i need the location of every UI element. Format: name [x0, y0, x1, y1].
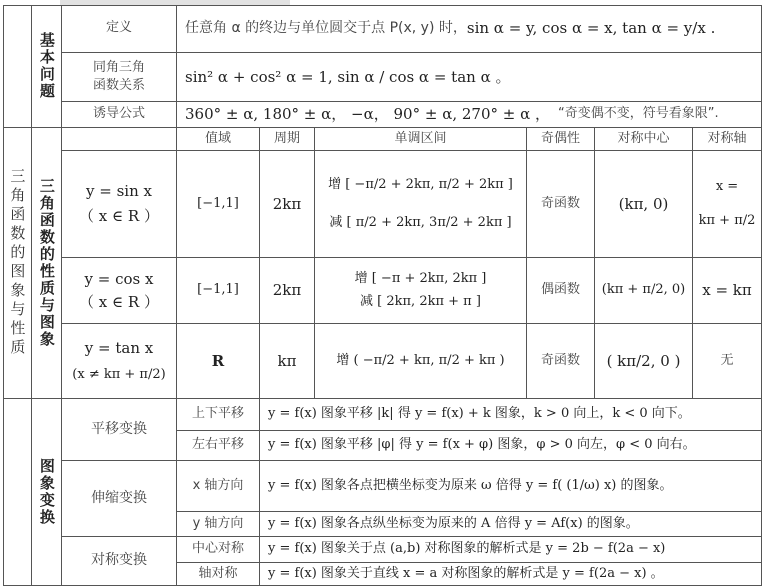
cos-parity: 偶函数: [541, 282, 580, 298]
sin-center: (kπ, 0): [619, 195, 669, 214]
horizontal-shift-text: y = f(x) 图象平移 |φ| 得 y = f(x + φ) 图象，φ > …: [268, 437, 696, 453]
cos-period: 2kπ: [273, 281, 302, 300]
sin-monotonic-cell: 增 [ −π/2 + 2kπ, π/2 + 2kπ ]减 [ π/2 + 2kπ…: [315, 151, 527, 258]
cos-decreasing: 减 [ 2kπ, 2kπ + π ]: [360, 294, 481, 310]
y-scale-label: y 轴方向: [193, 516, 244, 532]
cos-function: y = cos x: [85, 270, 154, 289]
header-center-label: 对称中心: [617, 131, 669, 147]
same-angle-label-cell: 同角三角 函数关系: [62, 53, 177, 102]
y-scale-label-cell: y 轴方向: [177, 512, 260, 537]
scaling-group-label: 伸缩变换: [91, 490, 147, 508]
header-parity: 奇偶性: [527, 128, 595, 151]
tan-axis: 无: [720, 353, 733, 369]
tan-axis-cell: 无: [693, 324, 762, 399]
header-monotonic-label: 单调区间: [394, 131, 446, 147]
sin-axis-line1: x =: [716, 179, 738, 195]
header-blank: [62, 128, 177, 151]
tan-center-cell: ( kπ/2, 0 ): [595, 324, 693, 399]
y-scale-content: y = f(x) 图象各点纵坐标变为原来的 A 倍得 y = Af(x) 的图象…: [260, 512, 762, 537]
cos-range: [−1,1]: [197, 282, 239, 298]
same-angle-content: sin² α + cos² α = 1, sin α / cos α = tan…: [177, 53, 762, 102]
cos-domain: （ x ∈ R ）: [79, 293, 159, 312]
tan-function: y = tan x: [85, 339, 153, 358]
header-axis-label: 对称轴: [707, 131, 746, 147]
axial-symmetry-label: 轴对称: [198, 566, 237, 582]
sin-axis-cell: x =kπ + π/2: [693, 151, 762, 258]
definition-label-cell: 定义: [62, 5, 177, 53]
outer-label: 三角函数的图象与性质: [8, 168, 27, 358]
tan-domain: (x ≠ kπ + π/2): [72, 367, 165, 383]
sin-domain: （ x ∈ R ）: [79, 207, 159, 226]
sin-period: 2kπ: [273, 195, 302, 214]
sin-parity-cell: 奇函数: [527, 151, 595, 258]
axial-symmetry-content: y = f(x) 图象关于直线 x = a 对称图象的解析式是 y = f(2a…: [260, 563, 762, 586]
sin-function-cell: y = sin x（ x ∈ R ）: [62, 151, 177, 258]
y-scale-text: y = f(x) 图象各点纵坐标变为原来的 A 倍得 y = Af(x) 的图象…: [268, 516, 639, 532]
properties-group-label: 三角函数的性质与图象: [37, 178, 56, 348]
axial-symmetry-label-cell: 轴对称: [177, 563, 260, 586]
header-parity-label: 奇偶性: [541, 131, 580, 147]
definition-label: 定义: [106, 20, 132, 36]
same-angle-label-line1: 同角三角: [93, 60, 145, 76]
cos-period-cell: 2kπ: [260, 258, 315, 324]
definition-content: 任意角 α 的终边与单位圆交于点 P(x, y) 时， sin α = y, c…: [177, 5, 762, 53]
definition-text: 任意角 α 的终边与单位圆交于点 P(x, y) 时，: [185, 20, 467, 38]
cos-range-cell: [−1,1]: [177, 258, 260, 324]
tan-period-cell: kπ: [260, 324, 315, 399]
x-scale-label: x 轴方向: [193, 478, 244, 494]
outer-label-top-blank: [3, 5, 32, 128]
sin-increasing: 增 [ −π/2 + 2kπ, π/2 + 2kπ ]: [328, 177, 513, 193]
horizontal-shift-content: y = f(x) 图象平移 |φ| 得 y = f(x + φ) 图象，φ > …: [260, 431, 762, 461]
induction-label: 诱导公式: [93, 106, 145, 122]
trig-summary-table: 三角函数的图象与性质 基本问题 定义 任意角 α 的终边与单位圆交于点 P(x,…: [3, 5, 762, 586]
induction-label-cell: 诱导公式: [62, 102, 177, 128]
translation-group-cell: 平移变换: [62, 399, 177, 461]
x-scale-label-cell: x 轴方向: [177, 461, 260, 512]
translation-group-label: 平移变换: [91, 421, 147, 439]
induction-mnemonic: “奇变偶不变，符号看象限”.: [558, 106, 719, 122]
sin-decreasing: 减 [ π/2 + 2kπ, 3π/2 + 2kπ ]: [329, 215, 511, 231]
tan-center: ( kπ/2, 0 ): [607, 352, 681, 371]
tan-monotonic-cell: 增 ( −π/2 + kπ, π/2 + kπ ): [315, 324, 527, 399]
cos-axis: x = kπ: [702, 281, 752, 300]
header-center: 对称中心: [595, 128, 693, 151]
tan-parity-cell: 奇函数: [527, 324, 595, 399]
tan-period: kπ: [278, 352, 297, 371]
cos-monotonic-cell: 增 [ −π + 2kπ, 2kπ ]减 [ 2kπ, 2kπ + π ]: [315, 258, 527, 324]
cos-parity-cell: 偶函数: [527, 258, 595, 324]
tan-increasing: 增 ( −π/2 + kπ, π/2 + kπ ): [336, 353, 504, 369]
x-scale-content: y = f(x) 图象各点把横坐标变为原来 ω 倍得 y = f( (1/ω) …: [260, 461, 762, 512]
tan-range: R: [212, 352, 224, 371]
outer-label-cell: 三角函数的图象与性质: [3, 128, 32, 399]
horizontal-shift-label-cell: 左右平移: [177, 431, 260, 461]
definition-formula: sin α = y, cos α = x, tan α = y/x .: [467, 19, 715, 38]
outer-label-bottom-blank: [3, 399, 32, 586]
tan-function-cell: y = tan x(x ≠ kπ + π/2): [62, 324, 177, 399]
horizontal-shift-label: 左右平移: [192, 437, 244, 453]
cos-function-cell: y = cos x（ x ∈ R ）: [62, 258, 177, 324]
header-range: 值域: [177, 128, 260, 151]
sin-function: y = sin x: [86, 182, 152, 201]
sin-range-cell: [−1,1]: [177, 151, 260, 258]
transforms-group-cell: 图象变换: [32, 399, 62, 586]
central-symmetry-content: y = f(x) 图象关于点 (a,b) 对称图象的解析式是 y = 2b − …: [260, 537, 762, 563]
tan-range-cell: R: [177, 324, 260, 399]
sin-period-cell: 2kπ: [260, 151, 315, 258]
symmetry-group-label: 对称变换: [91, 552, 147, 570]
header-range-label: 值域: [205, 131, 231, 147]
vertical-shift-text: y = f(x) 图象平移 |k| 得 y = f(x) + k 图象，k > …: [268, 406, 691, 422]
sin-parity: 奇函数: [541, 196, 580, 212]
cos-center-cell: (kπ + π/2, 0): [595, 258, 693, 324]
induction-formula: 360° ± α, 180° ± α， −α， 90° ± α, 270° ± …: [185, 105, 550, 124]
sin-range: [−1,1]: [197, 196, 239, 212]
central-symmetry-label: 中心对称: [192, 541, 244, 557]
central-symmetry-text: y = f(x) 图象关于点 (a,b) 对称图象的解析式是 y = 2b − …: [268, 541, 665, 557]
basic-group-cell: 基本问题: [32, 5, 62, 128]
sin-axis-line2: kπ + π/2: [699, 213, 756, 229]
vertical-shift-label: 上下平移: [192, 406, 244, 422]
scaling-group-cell: 伸缩变换: [62, 461, 177, 537]
x-scale-text: y = f(x) 图象各点把横坐标变为原来 ω 倍得 y = f( (1/ω) …: [268, 478, 673, 494]
basic-group-label: 基本问题: [37, 32, 56, 100]
same-angle-formula: sin² α + cos² α = 1, sin α / cos α = tan…: [185, 68, 510, 87]
induction-content: 360° ± α, 180° ± α， −α， 90° ± α, 270° ± …: [177, 102, 762, 128]
central-symmetry-label-cell: 中心对称: [177, 537, 260, 563]
axial-symmetry-text: y = f(x) 图象关于直线 x = a 对称图象的解析式是 y = f(2a…: [268, 566, 664, 582]
vertical-shift-content: y = f(x) 图象平移 |k| 得 y = f(x) + k 图象，k > …: [260, 399, 762, 431]
header-axis: 对称轴: [693, 128, 762, 151]
cos-increasing: 增 [ −π + 2kπ, 2kπ ]: [355, 271, 487, 287]
header-monotonic: 单调区间: [315, 128, 527, 151]
sin-center-cell: (kπ, 0): [595, 151, 693, 258]
properties-group-cell: 三角函数的性质与图象: [32, 128, 62, 399]
same-angle-label-line2: 函数关系: [93, 78, 145, 94]
header-period-label: 周期: [274, 131, 300, 147]
transforms-group-label: 图象变换: [37, 458, 56, 526]
tan-parity: 奇函数: [541, 353, 580, 369]
cos-axis-cell: x = kπ: [693, 258, 762, 324]
header-period: 周期: [260, 128, 315, 151]
cos-center: (kπ + π/2, 0): [602, 282, 685, 298]
symmetry-group-cell: 对称变换: [62, 537, 177, 586]
vertical-shift-label-cell: 上下平移: [177, 399, 260, 431]
